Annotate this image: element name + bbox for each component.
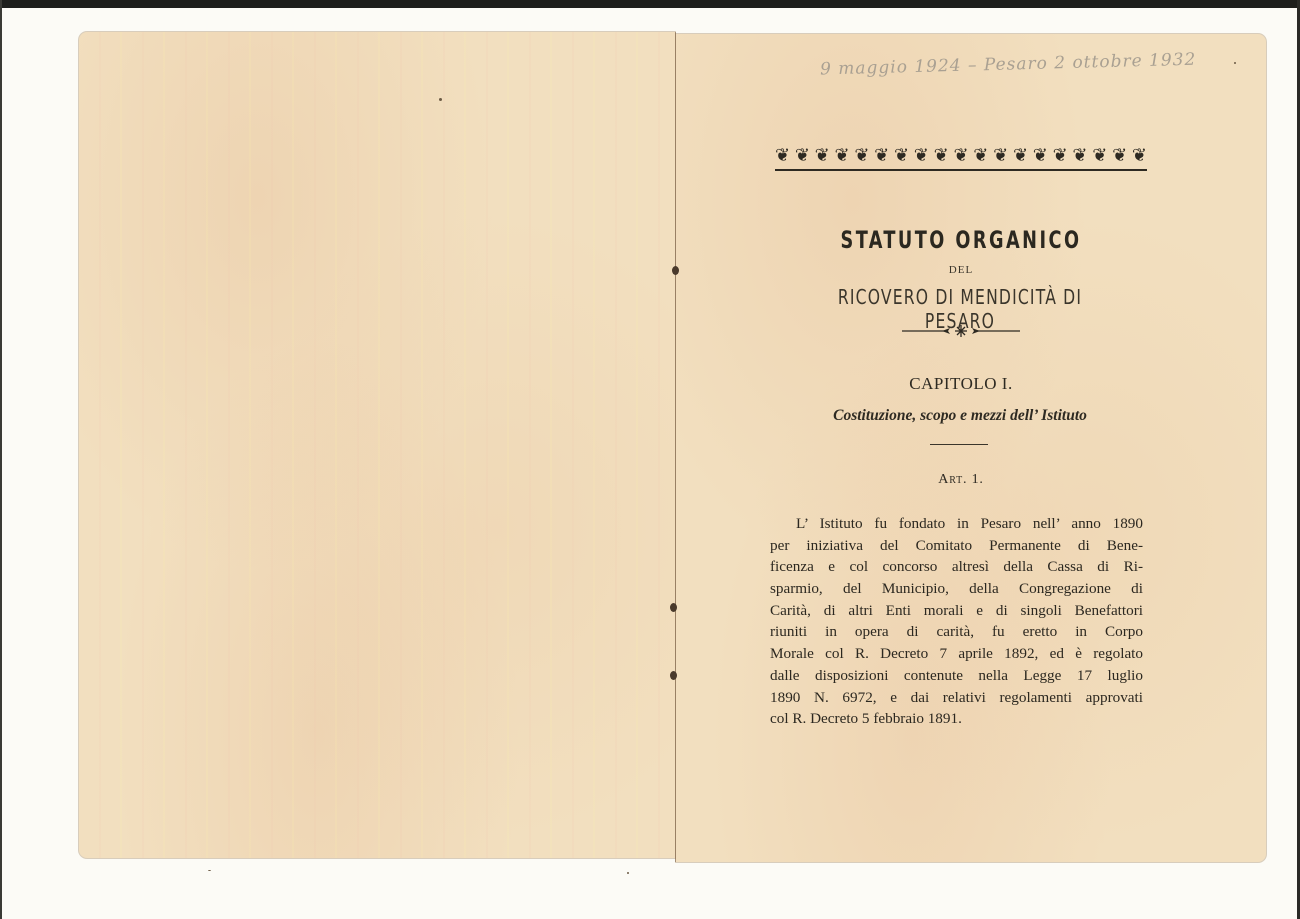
fleuron-icon: ❦: [854, 145, 869, 167]
staple-hole-middle: [670, 603, 677, 612]
fleuron-icon: ❦: [795, 145, 810, 167]
staple-hole-bottom: [670, 671, 677, 680]
fleuron-icon: ❦: [834, 145, 849, 167]
fleuron-ornament-row: ❦❦❦❦❦❦❦❦❦❦❦❦❦❦❦❦❦❦❦: [775, 145, 1147, 167]
fleuron-icon: ❦: [934, 145, 949, 167]
chapter-heading: CAPITOLO I.: [776, 374, 1146, 394]
article-line: dalle disposizioni contenute nella Legge…: [770, 665, 1143, 687]
spine-fold: [675, 32, 676, 862]
article-line: 1890 N. 6972, e dai relativi regolamenti…: [770, 687, 1143, 709]
left-page-blank: [79, 32, 675, 858]
fleuron-icon: ❦: [1013, 145, 1028, 167]
fleuron-icon: ❦: [914, 145, 929, 167]
article-line: sparmio, del Municipio, della Congregazi…: [770, 578, 1143, 600]
paper-speck: [439, 98, 442, 101]
fleuron-icon: ❦: [1072, 145, 1087, 167]
fleuron-icon: ❦: [874, 145, 889, 167]
decorative-header-band: ❦❦❦❦❦❦❦❦❦❦❦❦❦❦❦❦❦❦❦: [775, 145, 1147, 173]
article-line: Morale col R. Decreto 7 aprile 1892, ed …: [770, 643, 1143, 665]
article-line: col R. Decreto 5 febbraio 1891.: [770, 708, 1143, 730]
scan-left-border: [0, 0, 2, 919]
article-1-body: L’ Istituto fu fondato in Pesaro nell’ a…: [770, 513, 1143, 730]
scan-top-border: [0, 0, 1300, 8]
paper-speck: [627, 872, 629, 874]
paper-speck: [1234, 62, 1236, 64]
section-rule: [930, 444, 988, 445]
fleuron-icon: ❦: [953, 145, 968, 167]
asterism-divider-icon: [902, 324, 1020, 338]
fleuron-icon: ❦: [993, 145, 1008, 167]
document-title: STATUTO ORGANICO: [809, 226, 1112, 254]
fleuron-icon: ❦: [973, 145, 988, 167]
fleuron-icon: ❦: [1033, 145, 1048, 167]
fleuron-icon: ❦: [1092, 145, 1107, 167]
article-line: L’ Istituto fu fondato in Pesaro nell’ a…: [770, 513, 1143, 535]
article-line: ficenza e col concorso altresì della Cas…: [770, 556, 1143, 578]
fleuron-icon: ❦: [1132, 145, 1147, 167]
fleuron-icon: ❦: [1053, 145, 1068, 167]
article-label: Art. 1.: [776, 472, 1146, 488]
title-connector: DEL: [776, 264, 1146, 276]
fleuron-icon: ❦: [775, 145, 790, 167]
article-line: per iniziativa del Comitato Permanente d…: [770, 535, 1143, 557]
staple-hole-top: [672, 266, 679, 275]
fleuron-icon: ❦: [894, 145, 909, 167]
article-line: riuniti in opera di carità, fu eretto in…: [770, 621, 1143, 643]
fleuron-icon: ❦: [1112, 145, 1127, 167]
chapter-subtitle: Costituzione, scopo e mezzi dell’ Istitu…: [770, 407, 1150, 425]
fleuron-icon: ❦: [815, 145, 830, 167]
article-line: Carità, di altri Enti morali e di singol…: [770, 600, 1143, 622]
ornament-rule: [775, 169, 1147, 171]
paper-speck: [208, 870, 211, 871]
